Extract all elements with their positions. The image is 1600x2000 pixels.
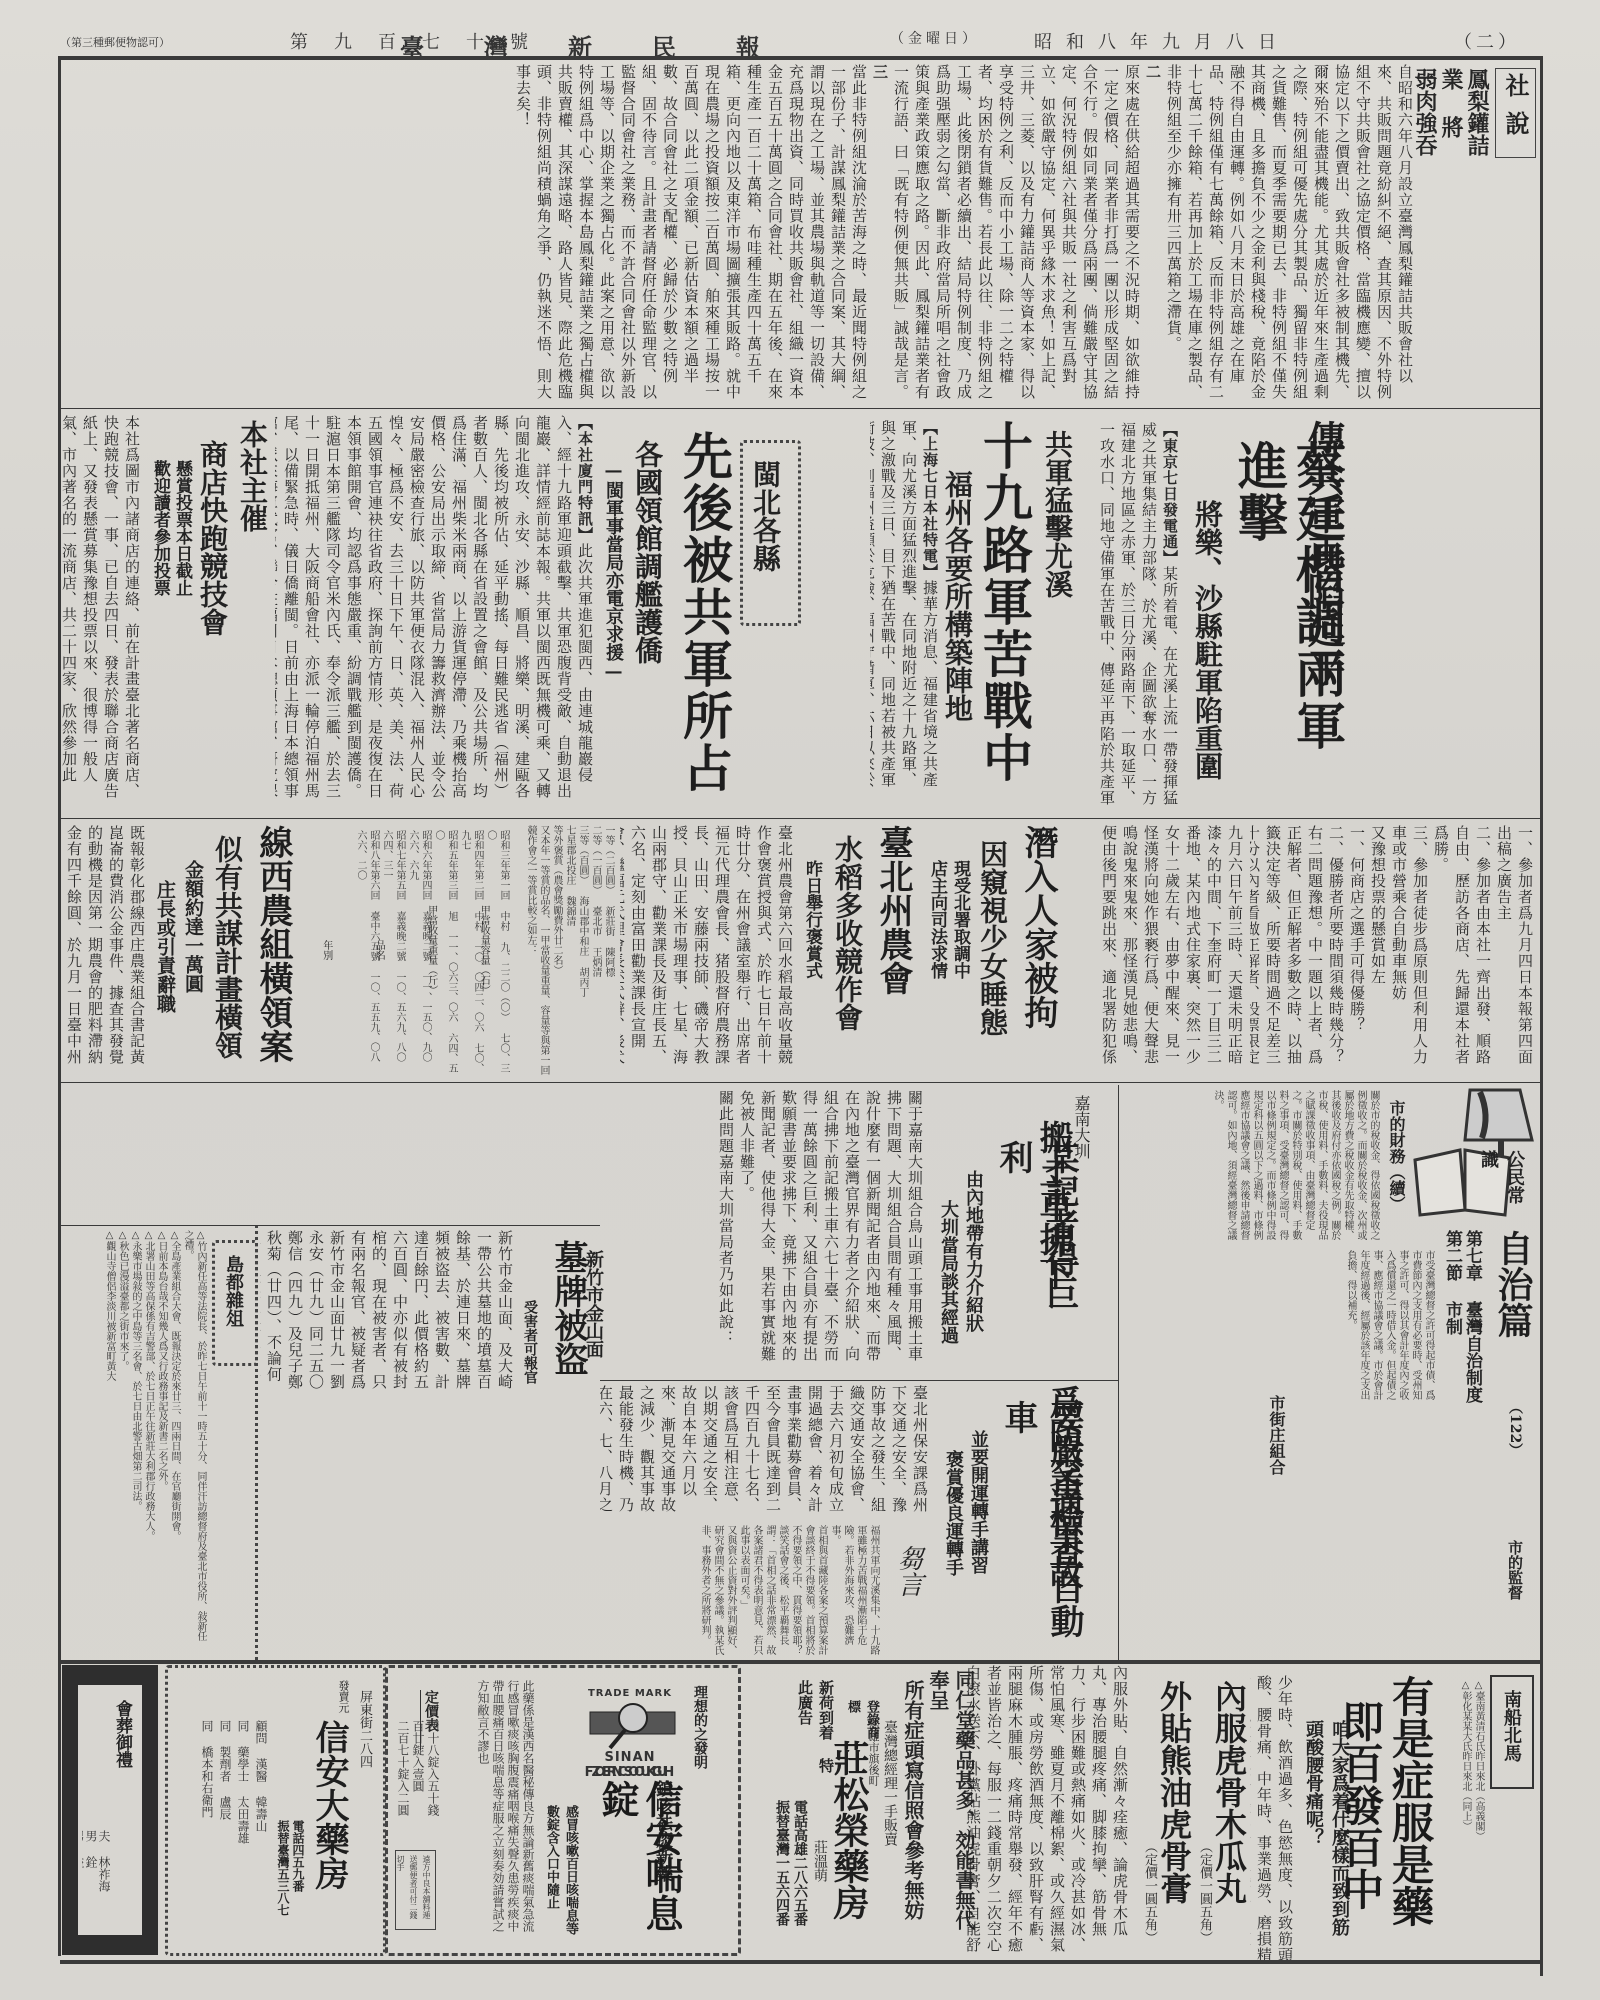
rice-body: 臺北州農會第六回水稻最高收量競作會褒賞授與式、於昨七日午前十時廿分、在州會議室舉… [620,825,795,1080]
sinan-ad-order-note: 遠方中良本舖料逓送郵便者可付二錢切手 [395,1850,436,1930]
traffic-subhead-1: 並要開運轉手講習 [965,1430,991,1630]
jianan-subhead-1: 由內地帶有力介紹狀 [960,1170,986,1350]
funeral-notice-names: 夫 林祚海 男 銓 男 益 [82,1830,110,1930]
xianxi-headline-main: 線西農組橫領案 [250,825,296,1075]
jianan-subhead-2: 大圳當局談其經過 [935,1200,961,1370]
civics-subsection-association: 市街庄組合 [1265,1395,1288,1475]
minbei-headline-main: 先後被共軍所占 [675,430,733,810]
misc-divider [255,1225,258,1660]
sinan-ad-tagline: 理想的之發明 [690,1685,710,1805]
race-subhead-1: 懸賞投票本日截止 [170,460,195,700]
seller-staff: 顧問 漢醫 韓壽山 同 藥學士 太田壽雄 同 製劑者 盧辰 同 橋本和右衛門 [190,1720,270,1930]
civics-badge: 公民常識 [1475,1150,1527,1220]
editorial-title: 鳳梨鑵詰業 將弱肉強吞 [1440,68,1490,158]
tiger-ad-transfer: 振替臺灣一五六四番 [772,1800,792,1930]
intruder-subhead-1: 現受北署取調中 [948,860,973,1060]
rice-headline-sub: 水稻多收競作會 [830,835,864,1075]
rule-row1 [60,408,1540,409]
civics-body-2: 市受臺灣總督之許可得起市債、爲市費節內之支用有必要時、受州知事之許可、得以其會計… [1125,1250,1435,1400]
postal-note: （第三種郵便物認可） [60,34,170,50]
tomb-subhead: 受害者可報官 [520,1300,540,1420]
tiger-ad-body-2: 內服外貼、自然漸々痊癒、論虎骨木瓜丸、專治腰腿疼痛、脚膝拘攣、筋骨無力、行步困難… [960,1665,1130,1955]
tiger-ad-trademark-label: 登錄商標 [843,1700,881,1750]
rule-row2 [60,818,1540,819]
page-number: （二） [1454,28,1520,54]
seller-phone: 電話四五九番 [290,1820,307,1930]
minbei-subhead: 各國領館調艦護僑 [630,440,664,760]
sinan-ad-prices: 四十八錠入五十錢 百廿錠入壹圓 二百七十錠入二圓 [390,1720,440,1840]
jianan-body: 關于嘉南大圳組合鳥山頭工事用搬土車拂下問題、大圳組合員間有種々風聞、說什麼有一個… [600,1090,925,1370]
tiger-ad-price-2: （定價一圓五角） [1140,1840,1159,1940]
fujian-body: 【東京七日發電通】某所着電、在尤溪上流一帶發揮猛威之共軍集結主力部隊、於尤溪、企… [1100,422,1180,812]
rule-civics-left [1118,1085,1119,1660]
proverb-items: 福州共軍向尤溪集中、十九路軍雖極力苦戰福州漸陷于危險。若非外海來攻、恐難濟事。 … [600,1525,880,1655]
rule-mid [600,1380,1118,1381]
masthead: （二） 昭和八年九月八日 （金曜日） 臺灣新民報 第九百七十號 （第三種郵便物認… [60,28,1540,54]
tiger-ad-price-1: （定價一圓五角） [1195,1840,1214,1940]
civics-subsection-finance: 市的財務（續） [1385,1100,1408,1240]
xianxi-subhead-1: 金額約達一萬圓 [180,860,207,1070]
race-subhead-2: 歡迎讀者參加投票 [148,460,173,700]
misc-title: 島都雜俎 [220,1255,246,1355]
civics-body-1: 關於市的稅收金、得依國稅徵收之例徵收之。而關於稅收金、次州或屬於地方費之稅收金有… [1125,1090,1380,1240]
seller-label: 發賣元 [335,1680,351,1720]
traffic-headline-sub: 要嚴重檢查自動車 [995,1400,1087,1670]
traffic-subhead-2: 褒賞優良運轉手 [940,1450,966,1650]
rice-yield-table-rows: 昭和三年第一回 中村 九、二二〇（〇） 七〇、三〇 昭和四年第二回 中村 一〇、… [300,830,510,1075]
traffic-body: 臺北州保安課爲州下交通之安全、豫防事故之發生、組織交通安全協會、于去六月初旬成立… [600,1385,930,1515]
seller-name: 信安大藥房 [310,1720,348,1920]
civics-series-title: 自治篇 [1490,1230,1536,1410]
editorial-label: 社說 [1495,68,1536,158]
funeral-notice-title: 會葬御禮 [110,1700,135,1820]
army19-headline-top: 共軍猛擊尤溪 [1040,430,1074,690]
seller-transfer: 振替臺灣五三八七 [275,1820,292,1930]
tiger-ad-body: 少年時、飲酒過多、色慾無度、以致筋頭酸、腰骨痛、中年時、事業過勞、磨損精神、以致… [1250,1675,1295,1975]
rice-subhead: 昨日舉行褒賞式 [800,860,825,1060]
harbor-news-items: △臺南黃清石氏昨日來北（高義閣） △彰化某某大氏昨日來北（同上） [1450,1680,1485,1850]
minbei-headline-boxed: 閩北各縣 [748,460,782,610]
tiger-ad-owner: 莊溫萌 [810,1840,830,1940]
civics-series-number: （122） [1505,1400,1525,1460]
tiger-ad-notice: 新荷到着 特此廣告 [795,1680,837,1780]
intruder-headline-main: 潛入人家被拘 [1015,825,1061,1065]
sinan-trademark-logo-icon [585,1700,680,1750]
army19-body: 【上海七日本社特電】據華方消息、福建省境之共產軍、向尤溪方面猛烈進擊、在同地附近… [870,420,940,800]
right-border [1540,56,1543,1976]
tiger-ad-footer-2: 所有症頭寫信照會參考無妨 [900,1680,926,1940]
civics-section: 第二節 市制 [1440,1230,1465,1430]
rule-ads-top [60,1660,1540,1664]
xianxi-subhead-2: 庄長或引責辭職 [152,880,179,1070]
tiger-ad-product-1: 內服虎骨木瓜丸 [1210,1680,1248,1910]
tomb-location: 新竹市金山面 [580,1250,606,1410]
sinan-ad-product: 信安喘息錠 [595,1780,683,1950]
intruder-body-right: 九月六日午前三時、天還未明正暗漆々的中間、下奎府町一丁目三二番地、某內地式住家裏… [1100,825,1245,1080]
intruder-subhead-2: 店主向司法求情 [925,860,950,1060]
rule-row3 [60,1082,1540,1083]
seller-address: 屏東街二八四 [355,1690,374,1790]
xianxi-body: 既報彰化郡線西庄農業組合書記黃崑崙的費消公金事件、據查其發覺的動機是因第一期農會… [62,825,147,1080]
rule-bottom [60,1960,1540,1964]
editorial-body: 自昭和六年八月設立臺灣鳳梨鑵詰共販會社以來、共販問題竟紛糾不絕、查其原因、不外特… [60,64,1415,402]
tomb-body: 新竹市金山面、及大崎一帶公共墓地的墳墓百餘基、於連日來、墓牌頻被盜去、被害數、計… [260,1230,515,1405]
jianan-headline-sub: 某記者得巨利 [990,1140,1082,1320]
harbor-news-title: 南船北馬 [1498,1690,1524,1780]
minbei-body: 【本社廈門特訊】此次共軍進犯閩西、由連城龍巖侵入、經十九路軍迎頭截擊、共軍恐腹背… [275,415,595,805]
tiger-ad-product-2: 外貼熊油虎骨膏 [1155,1680,1193,1910]
tiger-ad-subhead: 咱大家爲着什麼樣而致到筋頭酸腰骨痛呢？ [1300,1720,1352,1950]
issue-weekday: （金曜日） [890,28,980,48]
rice-headline-main: 臺北州農會 [870,825,916,1065]
rice-recipients: 一等（二百圓） 新莊街 陳阿標 二等（一百圓） 臺北市 王炳清 三等（百圓） 海… [520,825,615,1080]
race-rules: 一、參加者爲九月四日本報第四面出稿之廣告主 二、參加者由本社一齊出發、順路自由、… [1250,825,1535,1080]
race-body: 本社爲圖市內諸商店的連絡、前在計畫臺北著名商店、快跑競技會、一事、已自去四日、發… [62,415,142,805]
sinan-ad-brand-latin-2: FORCOUGH [575,1765,685,1780]
army19-subhead: 福州各要所構築陣地 [940,470,974,800]
civics-subsection-supervision: 市的監督 [1505,1540,1526,1620]
tiger-ad-phone: 電話高雄二八六五番 [790,1800,810,1930]
tiger-ad-footer-1: 同仁堂藥品甚多、効能書無代奉呈 [925,1670,977,1940]
xianxi-headline-sub: 似有共謀計畫橫領 [210,835,244,1075]
issue-number: 第九百七十號 [290,28,554,54]
minbei-subhead2: —閩軍事當局亦電京求援— [600,460,626,790]
misc-items: △竹內新任高等法院長、於昨七日午前十一時五十分、同伴汗訪總督府及臺北市役所、敍新… [62,1230,207,1650]
tiger-ad-distributor: 臺灣總經理一手販賣 [880,1720,900,1900]
rule-row4-left [60,1225,600,1226]
intruder-headline-sub: 因窺視少女睡態 [975,840,1009,1060]
masthead-rule [60,56,1540,60]
sinan-ad-claim: 感冒咳嗽百日咳喘息等數錠含入口中隨止 [540,1805,580,1945]
fujian-headline-main: 蔡廷楷調兩軍進擊 [1230,440,1346,800]
issue-date: 昭和八年九月八日 [1034,28,1290,54]
race-headline-top: 本社主催 [235,420,269,620]
race-headline-main: 商店快跑競技會 [195,440,229,710]
fujian-subhead: 將樂、沙縣駐軍陷重圍 [1190,500,1224,800]
sinan-ad-body: 此藥係是漢西名醫秘傳良方無論新舊痰喘氣急流行感冒嗽痰咳胸腹震痛咽喉痛失聲久患勞疾… [455,1680,535,1940]
sinan-ad-trademark: TRADE MARK [575,1688,685,1699]
army19-headline-main: 十九路軍苦戰中 [975,420,1033,810]
newspaper-page: （二） 昭和八年九月八日 （金曜日） 臺灣新民報 第九百七十號 （第三種郵便物認… [0,0,1600,2000]
proverb-title: 芻言 [890,1545,927,1655]
